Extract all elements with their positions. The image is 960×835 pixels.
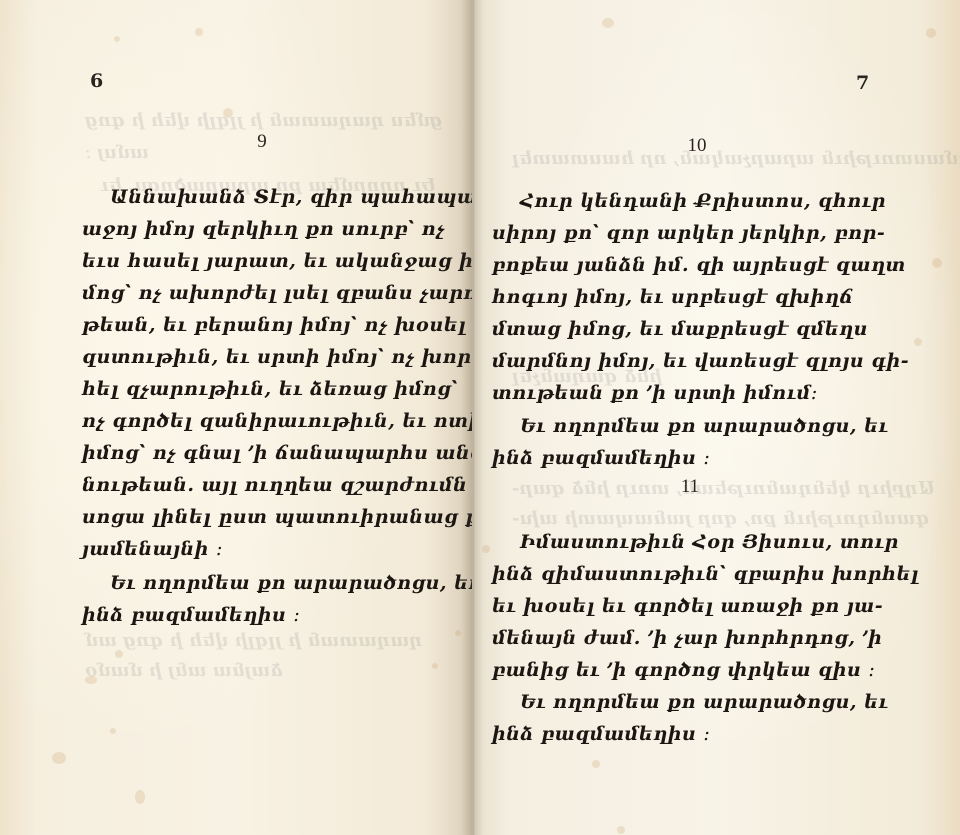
foxing-stain [114,36,120,42]
text-line: յամենայնի ։ [82,538,223,560]
foxing-stain [135,790,145,804]
text-line: տութեան քո ՚ի սրտի իմում։ [492,382,818,404]
stanza-number: 11 [681,476,699,498]
foxing-stain [602,18,614,28]
text-line: թեան, եւ բերանոյ իմոյ՝ ոչ խօսել [82,314,466,336]
foxing-stain [926,28,936,38]
text-line: բոքեա յանձն իմ. զի այրեսցէ զաղտ [492,254,906,276]
right-page: իմաստութիւն արարչական, որ հաստատել ինձ զ… [472,0,960,835]
page-number: 6 [90,70,103,92]
stanza-number: 10 [688,135,707,157]
refrain-line: ինձ բազմամեղիս ։ [492,723,710,745]
refrain-line: ինձ բազմամեղիս ։ [492,447,710,469]
bleed-through-text: Աղբիւր կենդանութեան, տուր ինձ զար- [512,478,935,499]
text-line: սոցա լինել ըստ պատուիրանաց քոց [82,506,508,528]
left-page: ցմես ղաղատան ի յլզլի վեհ ի գոց ամսյ ։ Եւ… [0,0,472,835]
stanza-number: 9 [257,131,267,153]
foxing-stain [195,28,203,36]
text-line: մտաց իմոց, եւ մաքրեսցէ զմեղս [492,318,868,340]
text-line: սիրոյ քո՝ զոր արկեր յերկիր, բոր- [492,222,885,244]
text-line: մոց՝ ոչ ախորժել լսել զբանս չարու- [82,282,496,304]
bleed-through-text: իմաստութիւն արարչական, որ հաստատել [512,148,960,169]
text-line: մարմնոյ իմոյ, եւ վառեսցէ զլոյս գի- [492,350,909,372]
bleed-through-text: ձայնա անյ ի մամօ [85,660,282,681]
text-line: եւս հասել յարատ, եւ ականջաց ի- [82,250,482,272]
refrain-line: Եւ ողորմեա քո արարածոցս, եւ [82,572,478,594]
bleed-through-text: ղաղատան ի յլզլի վեհ ի գոց ամ [85,630,423,651]
refrain-line: Եւ ողորմեա քո արարածոցս, եւ [492,691,888,713]
book-gutter [462,0,484,835]
text-line: Հուր կենդանի Քրիստոս, զհուր [492,190,886,212]
text-line: հել զչարութիւն, եւ ձեռաց իմոց՝ [82,378,458,400]
foxing-stain [455,630,461,636]
text-line: իմոց՝ ոչ գնալ ՚ի ճանապարհս անօրէ- [82,442,518,464]
foxing-stain [592,760,600,768]
text-line: մենայն ժամ. ՚ի չար խորհրդոց, ՚ի [492,627,882,649]
text-line: եւ խօսել եւ գործել առաջի քո յա- [492,595,883,617]
refrain-line: Եւ ողորմեա քո արարածոցս, եւ [492,415,888,437]
foxing-stain [52,752,66,764]
text-line: զստութիւն, եւ սրտի իմոյ՝ ոչ խոր- [82,346,480,368]
bleed-through-text: ցմես ղաղատան ի յլզլի վեհ ի գոց [85,110,443,131]
book-spread: ցմես ղաղատան ի յլզլի վեհ ի գոց ամսյ ։ Եւ… [0,0,960,835]
refrain-line: ինձ բազմամեղիս ։ [82,604,300,626]
text-line: ոչ գործել զանիրաւութիւն, եւ ոտից [82,410,497,432]
foxing-stain [932,258,942,268]
foxing-stain [432,663,438,669]
foxing-stain [914,338,922,346]
page-number: 7 [856,72,869,94]
foxing-stain [617,826,625,834]
foxing-stain [115,650,123,658]
text-line: Աննախանձ Տէր, զիր պահապան [82,186,492,208]
bleed-through-text: գասնդութիւն քո, զոր յանապատի ախ- [512,508,929,529]
text-line: նութեան. այլ ուղղեա զշարժումն [82,474,467,496]
bleed-through-text: ամսյ ։ [85,142,149,163]
text-line: Իմաստութիւն Հօր Յիսուս, տուր [492,531,899,553]
text-line: հոգւոյ իմոյ, եւ սրբեսցէ զխիղճ [492,286,853,308]
text-line: աջոյ իմոյ զերկիւղ քո սուրբ՝ ոչ [82,218,445,240]
text-line: բանից եւ ՚ի գործոց փրկեա զիս ։ [492,659,875,681]
text-line: ինձ զիմաստութիւն՝ զբարիս խորհել [492,563,919,585]
foxing-stain [110,728,116,734]
